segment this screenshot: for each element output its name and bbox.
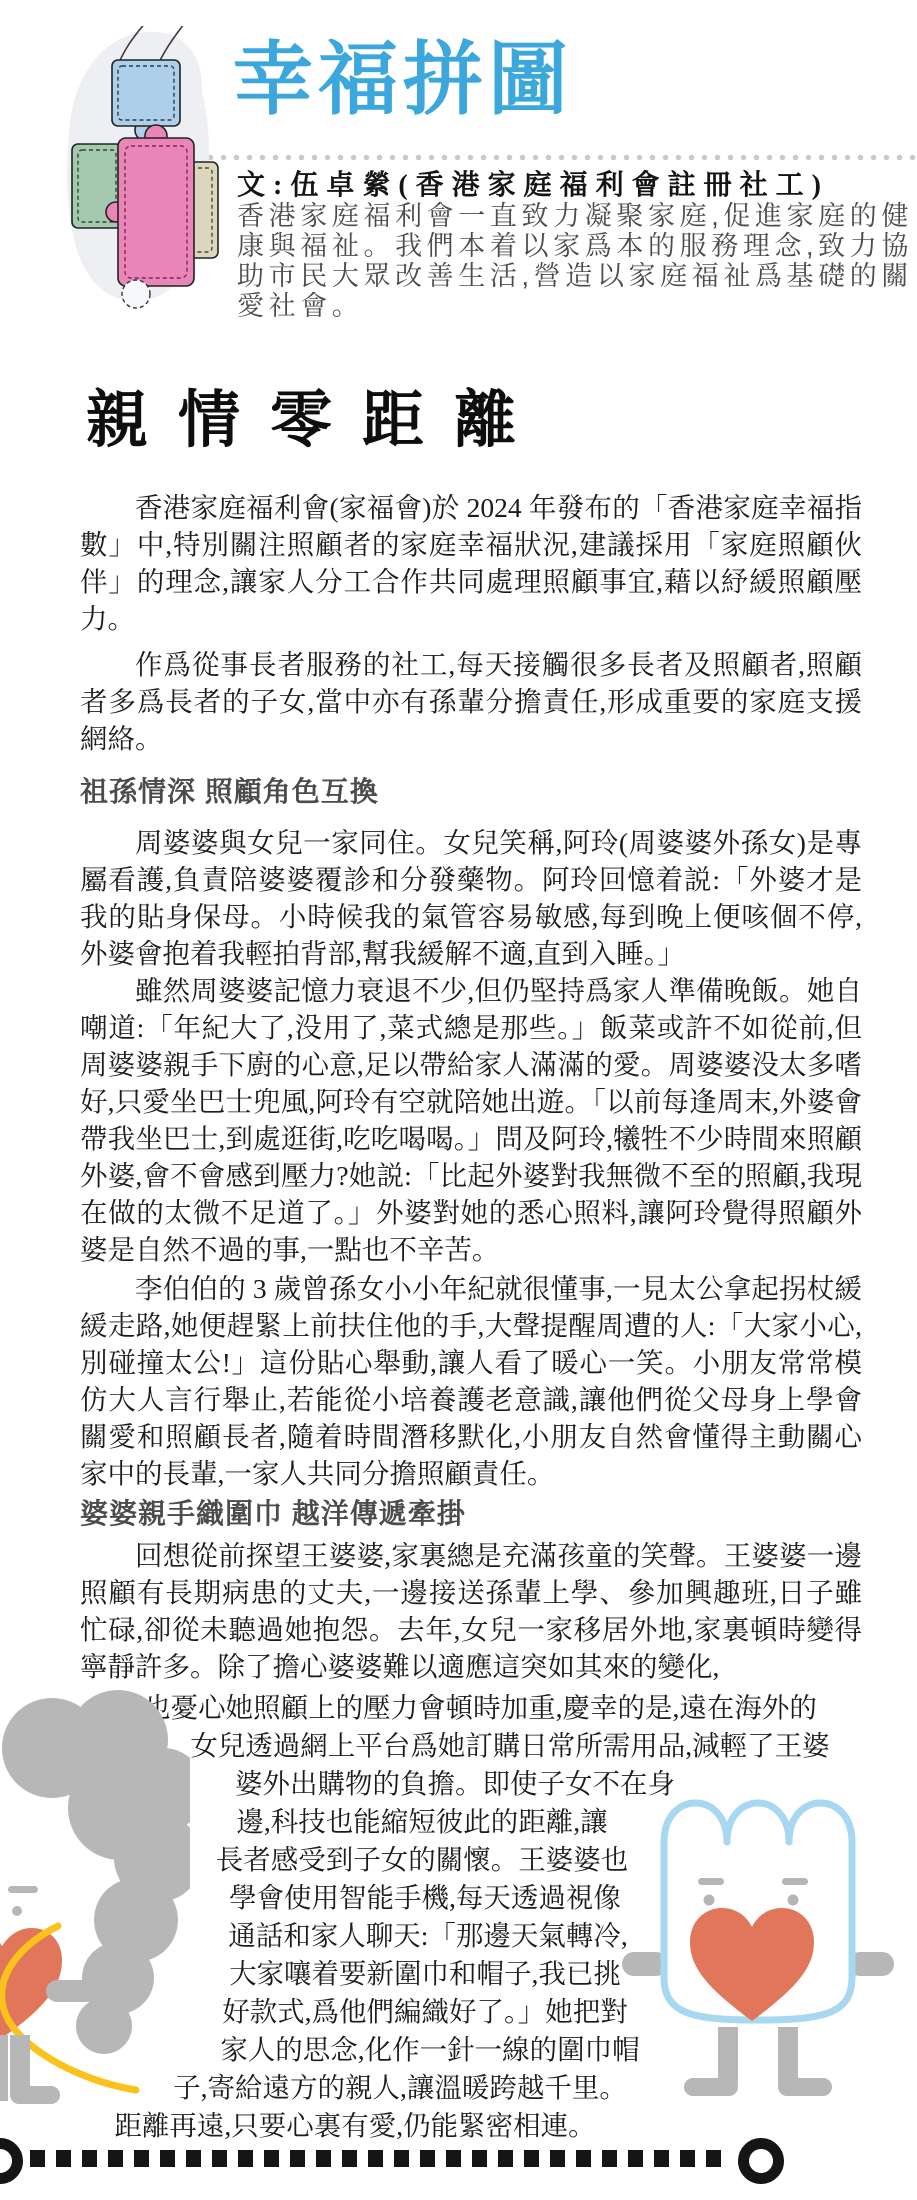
paragraph: 雖然周婆婆記憶力衰退不少,但仍堅持爲家人準備晚飯。她自嘲道:「年紀大了,没用了,… [80, 972, 862, 1268]
paragraph: 香港家庭福利會(家福會)於 2024 年發布的「香港家庭幸福指數」中,特別關注照… [80, 489, 862, 637]
grandma-foot [10, 2086, 60, 2104]
article-headline: 親情零距離 [86, 370, 546, 459]
paragraph: 作爲從事長者服務的社工,每天接觸很多長者及照顧者,照顧者多爲長者的子女,當中亦有… [80, 646, 862, 757]
grandma-figure-icon [0, 1688, 190, 2123]
scarf-right-eye [788, 1895, 799, 1906]
scarf-character-illustration [648, 1772, 868, 2127]
column-title: 幸福拼圖 [233, 28, 573, 132]
magazine-article-page: 幸福拼圖 文:伍卓縈(香港家庭福利會註冊社工) 香港家庭福利會一直致力凝聚家庭,… [0, 0, 917, 2200]
bottom-dotted-border [0, 2136, 800, 2188]
scarf-character-icon [648, 1772, 868, 2122]
border-dashes [30, 2150, 730, 2167]
border-ring-left [0, 2138, 23, 2184]
grandma-arm [46, 1980, 128, 2002]
paragraph: 李伯伯的 3 歲曾孫女小小年紀就很懂事,一見太公拿起拐杖緩緩走路,她便趕緊上前扶… [80, 1270, 862, 1492]
paragraph: 回想從前探望王婆婆,家裏總是充滿孩童的笑聲。王婆婆一邊照顧有長期病患的丈夫,一邊… [80, 1537, 862, 1685]
grandma-eye [12, 1906, 22, 1916]
border-ring-right [738, 2138, 784, 2184]
puzzle-illustration [58, 26, 230, 319]
section-heading-2: 婆婆親手織圍巾 越洋傳遞牽掛 [80, 1492, 466, 1532]
grandma-eyebrow [8, 1886, 38, 1893]
scarf-left-foot [684, 2078, 738, 2096]
scarf-right-eyebrow [782, 1878, 808, 1885]
masthead-intro: 香港家庭福利會一直致力凝聚家庭,促進家庭的健康與福祉。我們本着以家爲本的服務理念… [237, 201, 913, 321]
grandma-illustration [0, 1688, 190, 2128]
wrapped-line: 也憂心她照顧上的壓力會頓時加重,慶幸的是,遠在海外的 [90, 1689, 870, 1727]
wrapped-line: 女兒透過網上平台爲她訂購日常所需用品,減輕了王婆 [120, 1727, 900, 1765]
scarf-right-leg [778, 2027, 798, 2084]
jigsaw-puzzle-icon [58, 26, 230, 314]
scarf-left-leg [718, 2027, 738, 2084]
byline: 文:伍卓縈(香港家庭福利會註冊社工) [237, 163, 829, 203]
paragraph: 周婆婆與女兒一家同住。女兒笑稱,阿玲(周婆婆外孫女)是專屬看護,負責陪婆婆覆診和… [80, 824, 862, 972]
scarf-left-eye [704, 1895, 715, 1906]
scarf-left-eyebrow [698, 1878, 724, 1885]
section-heading-1: 祖孫情深 照顧角色互換 [80, 770, 379, 810]
scarf-right-foot [778, 2078, 832, 2096]
